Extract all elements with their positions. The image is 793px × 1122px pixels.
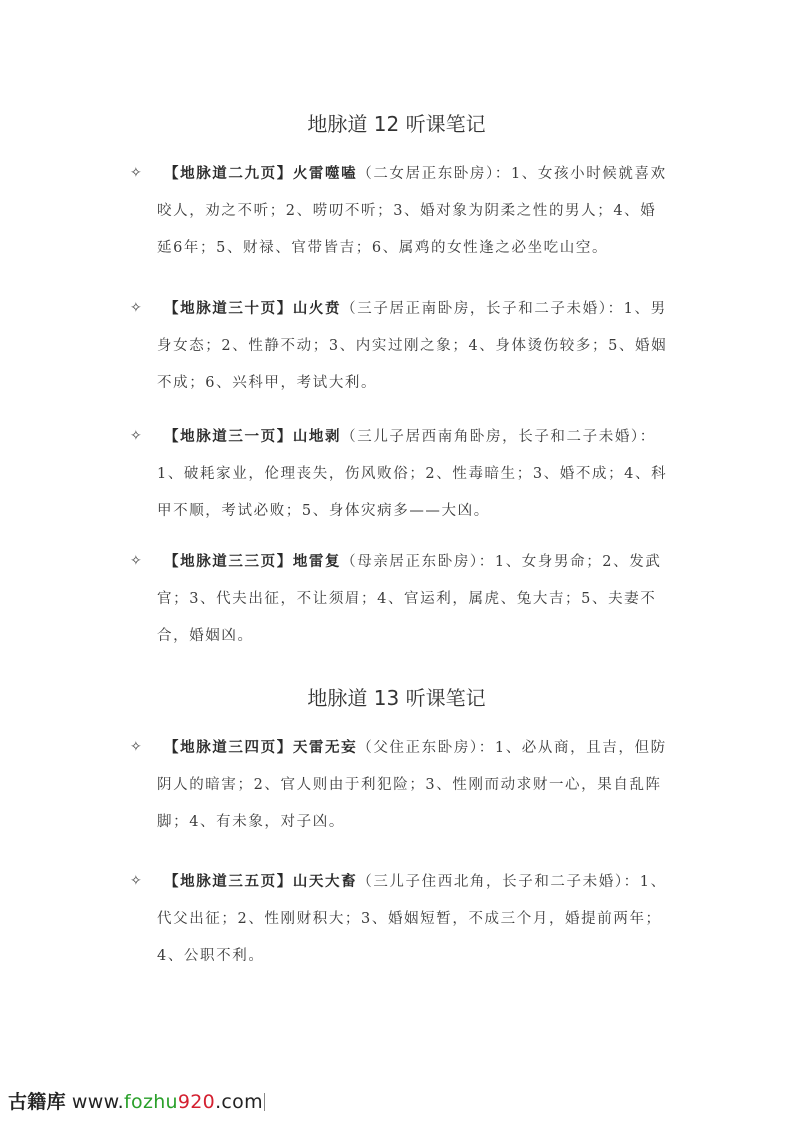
page-reference: 【地脉道三十页】 <box>164 300 293 317</box>
note-entry: ✧ 【地脉道二九页】火雷噬嗑（二女居正东卧房）：1、女孩小时候就喜欢咬人，劝之不… <box>130 155 670 267</box>
hexagram-name: 天雷无妄 <box>293 739 357 756</box>
section-title-12: 地脉道 12 听课笔记 <box>0 108 793 137</box>
hexagram-name: 山地剥 <box>293 428 341 445</box>
page-reference: 【地脉道三四页】 <box>164 739 293 756</box>
note-entry: ✧ 【地脉道三三页】地雷复（母亲居正东卧房）：1、女身男命；2、发武官；3、代夫… <box>130 543 670 655</box>
diamond-bullet-icon: ✧ <box>130 543 146 580</box>
hexagram-name: 山天大畜 <box>293 873 357 890</box>
section-title-13: 地脉道 13 听课笔记 <box>0 682 793 711</box>
note-entry: ✧ 【地脉道三十页】山火贲（三子居正南卧房，长子和二子未婚）：1、男身女态；2、… <box>130 290 670 402</box>
diamond-bullet-icon: ✧ <box>130 155 146 192</box>
page-reference: 【地脉道三一页】 <box>164 428 293 445</box>
page-reference: 【地脉道三三页】 <box>164 553 293 570</box>
diamond-bullet-icon: ✧ <box>130 290 146 327</box>
hexagram-name: 火雷噬嗑 <box>293 165 357 182</box>
page-reference: 【地脉道三五页】 <box>164 873 293 890</box>
note-entry: ✧ 【地脉道三五页】山天大畜（三儿子住西北角，长子和二子未婚）：1、代父出征；2… <box>130 863 670 975</box>
url-prefix: www. <box>72 1091 124 1113</box>
note-entry: ✧ 【地脉道三一页】山地剥（三儿子居西南角卧房，长子和二子未婚）：1、破耗家业，… <box>130 418 670 530</box>
url-green-part: fozhu <box>124 1091 178 1113</box>
url-suffix: .com <box>215 1091 263 1113</box>
diamond-bullet-icon: ✧ <box>130 418 146 455</box>
document-page: 地脉道 12 听课笔记 ✧ 【地脉道二九页】火雷噬嗑（二女居正东卧房）：1、女孩… <box>0 0 793 1122</box>
hexagram-name: 山火贲 <box>293 300 341 317</box>
hexagram-name: 地雷复 <box>293 553 341 570</box>
diamond-bullet-icon: ✧ <box>130 863 146 900</box>
diamond-bullet-icon: ✧ <box>130 729 146 766</box>
url-red-part: 920 <box>178 1091 215 1113</box>
note-entry: ✧ 【地脉道三四页】天雷无妄（父住正东卧房）：1、必从商，且吉，但防阴人的暗害；… <box>130 729 670 841</box>
site-name: 古籍库 <box>8 1091 66 1113</box>
text-caret <box>264 1093 265 1111</box>
site-watermark: 古籍库www.fozhu920.com <box>8 1087 265 1114</box>
page-reference: 【地脉道二九页】 <box>164 165 293 182</box>
